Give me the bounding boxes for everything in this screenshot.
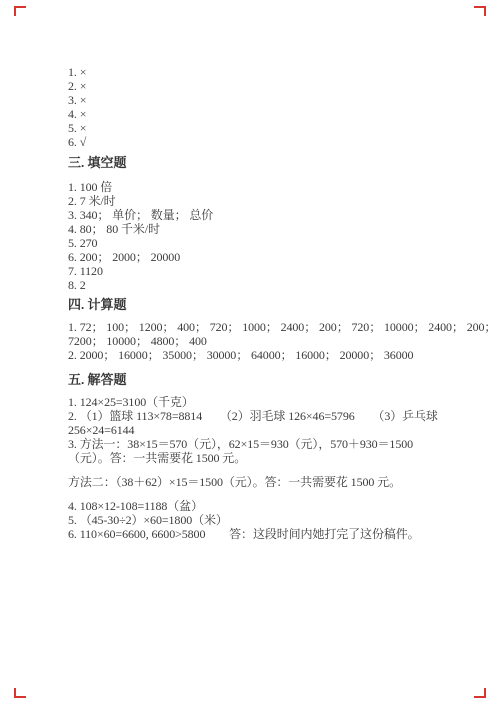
- solve-answer-2-line-2: 256×24=6144: [68, 423, 493, 437]
- corner-mark-top-right-icon: [474, 6, 486, 16]
- corner-mark-bottom-right-icon: [474, 688, 486, 698]
- document-content: 1. × 2. × 3. × 4. × 5. × 6. √ 三. 填空题 1. …: [68, 65, 493, 541]
- calculation-answers: 1. 72； 100； 1200； 400； 720； 1000； 2400； …: [68, 320, 493, 362]
- solve-answer-4: 4. 108×12-108=1188（盆）: [68, 499, 493, 513]
- fill-blanks-answers: 1. 100 倍 2. 7 米/时 3. 340； 单价； 数量； 总价 4. …: [68, 180, 493, 292]
- corner-mark-bottom-left-icon: [14, 688, 26, 698]
- word-problem-answers: 1. 124×25=3100（千克） 2. （1）篮球 113×78=8814 …: [68, 395, 493, 541]
- fill-answer-6: 6. 200； 2000； 20000: [68, 250, 493, 264]
- answer-sheet-page: 1. × 2. × 3. × 4. × 5. × 6. √ 三. 填空题 1. …: [0, 0, 500, 707]
- fill-answer-2: 2. 7 米/时: [68, 194, 493, 208]
- section-title-calculation: 四. 计算题: [68, 297, 493, 313]
- judgment-answers: 1. × 2. × 3. × 4. × 5. × 6. √: [68, 65, 493, 149]
- fill-answer-8: 8. 2: [68, 278, 493, 292]
- fill-answer-1: 1. 100 倍: [68, 180, 493, 194]
- solve-answer-2-line-1: 2. （1）篮球 113×78=8814 （2）羽毛球 126×46=5796 …: [68, 409, 493, 423]
- section-title-fill-blanks: 三. 填空题: [68, 155, 493, 171]
- judgment-answer-6: 6. √: [68, 135, 493, 149]
- solve-answer-3-line-2: （元）。答：一共需要花 1500 元。: [68, 451, 493, 465]
- judgment-answer-4: 4. ×: [68, 107, 493, 121]
- solve-answer-3-line-1: 3. 方法一：38×15＝570（元），62×15＝930（元），570＋930…: [68, 437, 493, 451]
- solve-answer-5: 5. （45-30÷2）×60=1800（米）: [68, 513, 493, 527]
- solve-answer-6: 6. 110×60=6600, 6600>5800 答：这段时间内她打完了这份稿…: [68, 527, 493, 541]
- judgment-answer-1: 1. ×: [68, 65, 493, 79]
- judgment-answer-5: 5. ×: [68, 121, 493, 135]
- solve-answer-1: 1. 124×25=3100（千克）: [68, 395, 493, 409]
- judgment-answer-3: 3. ×: [68, 93, 493, 107]
- judgment-answer-2: 2. ×: [68, 79, 493, 93]
- fill-answer-3: 3. 340； 单价； 数量； 总价: [68, 208, 493, 222]
- calc-answer-1-line-2: 7200； 10000； 4800； 400: [68, 334, 493, 348]
- fill-answer-7: 7. 1120: [68, 264, 493, 278]
- section-title-word-problems: 五. 解答题: [68, 372, 493, 388]
- solve-answer-3-method-2: 方法二：（38＋62）×15＝1500（元）。答：一共需要花 1500 元。: [68, 475, 493, 489]
- corner-mark-top-left-icon: [14, 6, 26, 16]
- calc-answer-2: 2. 2000； 16000； 35000； 30000； 64000； 160…: [68, 348, 493, 362]
- fill-answer-5: 5. 270: [68, 236, 493, 250]
- fill-answer-4: 4. 80； 80 千米/时: [68, 222, 493, 236]
- calc-answer-1-line-1: 1. 72； 100； 1200； 400； 720； 1000； 2400； …: [68, 320, 493, 334]
